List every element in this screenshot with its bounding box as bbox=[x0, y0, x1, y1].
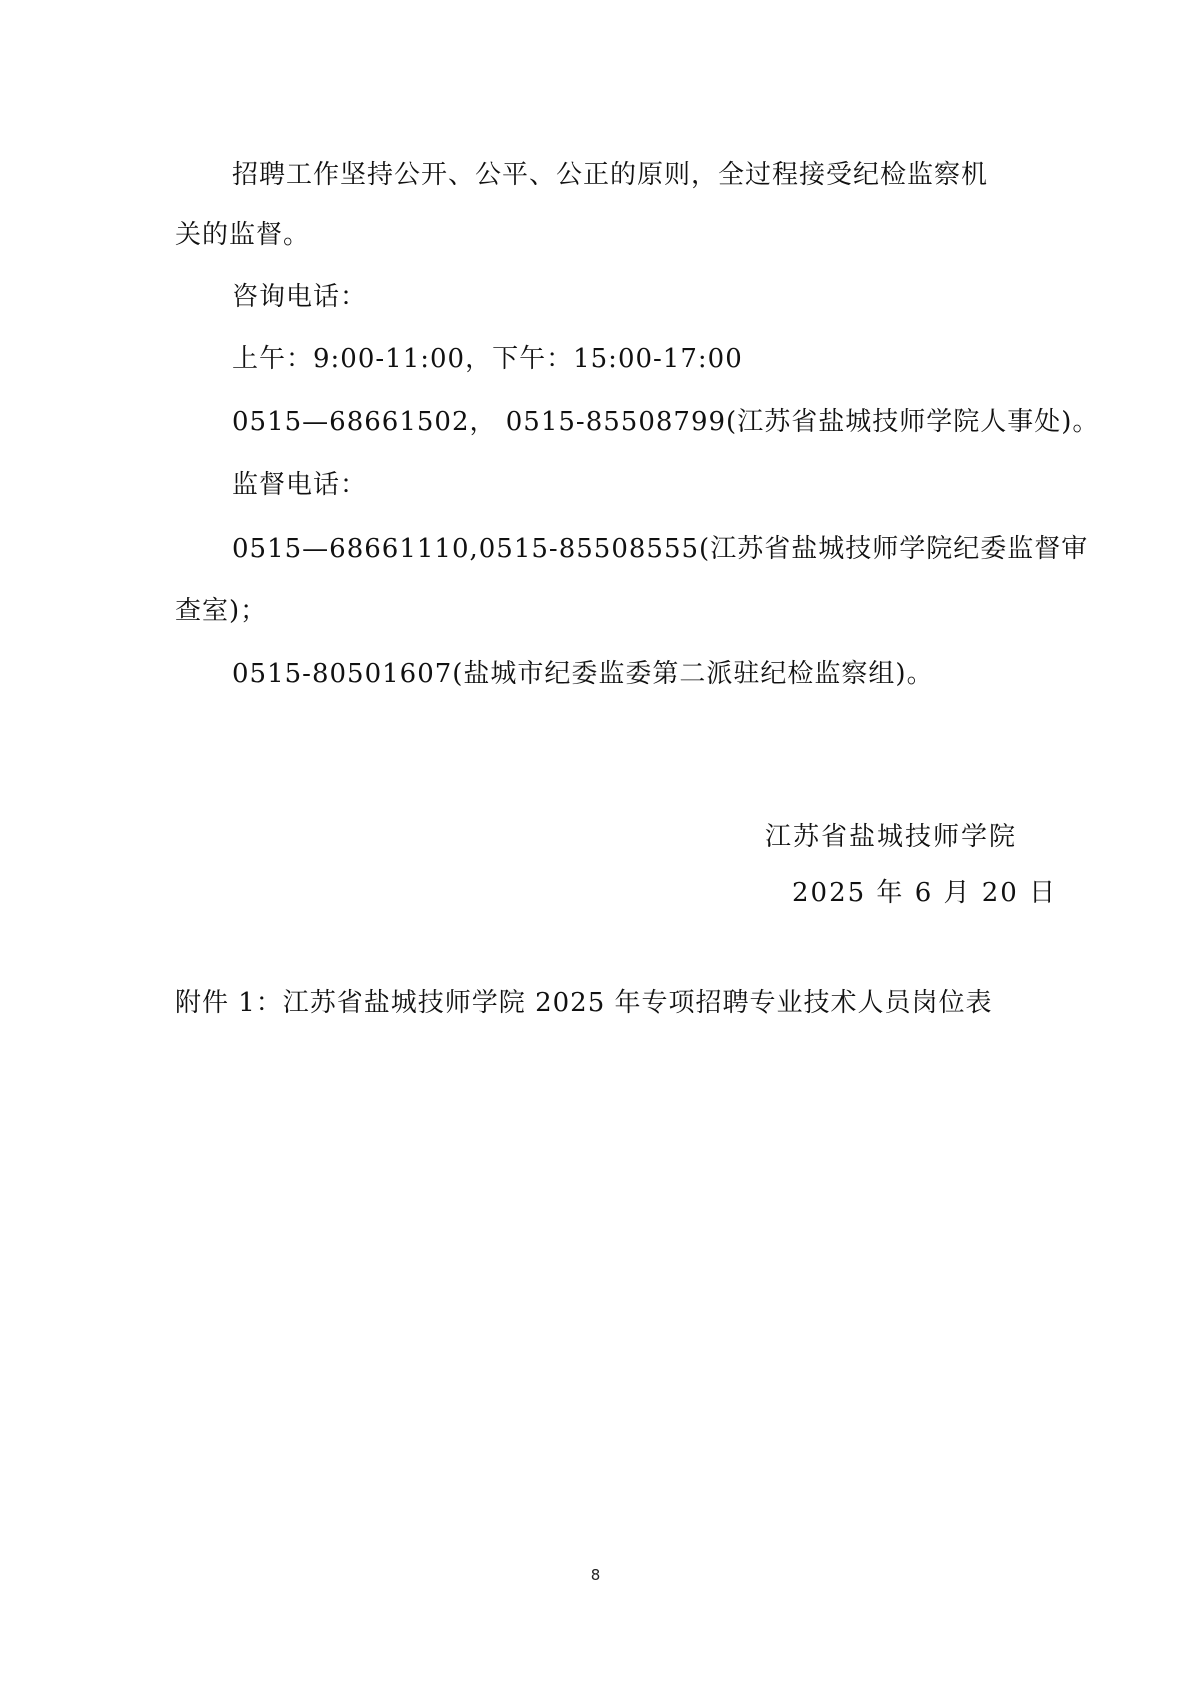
supervise-phones-2: 0515-80501607(盐城市纪委监委第二派驻纪检监察组)。 bbox=[232, 657, 934, 691]
supervise-heading: 监督电话： bbox=[232, 468, 367, 502]
consult-hours: 上午：9:00-11:00，下午：15:00-17:00 bbox=[232, 342, 743, 376]
consult-heading: 咨询电话： bbox=[232, 280, 367, 314]
page-number: 8 bbox=[0, 1566, 1191, 1584]
signature-date: 2025 年 6 月 20 日 bbox=[792, 876, 1057, 910]
signature-organization: 江苏省盐城技师学院 bbox=[765, 820, 1017, 854]
supervise-phones-line-1: 0515—68661110,0515-85508555(江苏省盐城技师学院纪委监… bbox=[232, 532, 1088, 566]
supervise-phones-line-2: 查室)； bbox=[175, 594, 267, 628]
principle-text-line-1: 招聘工作坚持公开、公平、公正的原则，全过程接受纪检监察机 bbox=[232, 158, 988, 192]
document-page: 招聘工作坚持公开、公平、公正的原则，全过程接受纪检监察机 关的监督。 咨询电话：… bbox=[0, 0, 1191, 1684]
consult-phones: 0515—68661502， 0515-85508799(江苏省盐城技师学院人事… bbox=[232, 405, 1099, 439]
attachment-line: 附件 1：江苏省盐城技师学院 2025 年专项招聘专业技术人员岗位表 bbox=[175, 986, 993, 1020]
principle-text-line-2: 关的监督。 bbox=[175, 218, 310, 252]
